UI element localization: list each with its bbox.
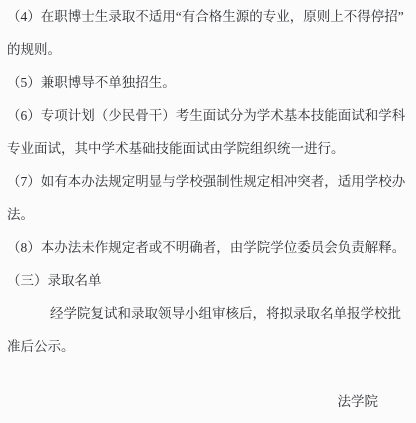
document-page: （4）在职博士生录取不适用“有合格生源的专业，原则上不得停招” 的规则。 （5）…	[0, 0, 416, 423]
signature-law-school: 法学院	[7, 385, 410, 418]
clause-4-line-2: 的规则。	[7, 33, 410, 66]
clause-8-line: （8）本办法未作规定者或不明确者，由学院学位委员会负责解释。	[7, 231, 410, 264]
clause-6-line-2: 专业面试，其中学术基础技能面试由学院组织统一进行。	[7, 132, 410, 165]
clause-5-line: （5）兼职博导不单独招生。	[7, 66, 410, 99]
section-3-heading: （三）录取名单	[7, 264, 410, 297]
clause-7-line-2: 法。	[7, 198, 410, 231]
clause-6-line-1: （6）专项计划（少民骨干）考生面试分为学术基本技能面试和学科	[7, 99, 410, 132]
clause-4-line-1: （4）在职博士生录取不适用“有合格生源的专业，原则上不得停招”	[7, 0, 410, 33]
clause-7-line-1: （7）如有本办法规定明显与学校强制性规定相冲突者，适用学校办	[7, 165, 410, 198]
admission-list-paragraph-line-2: 准后公示。	[7, 330, 410, 363]
admission-list-paragraph-line-1: 经学院复试和录取领导小组审核后，将拟录取名单报学校批	[7, 297, 410, 330]
